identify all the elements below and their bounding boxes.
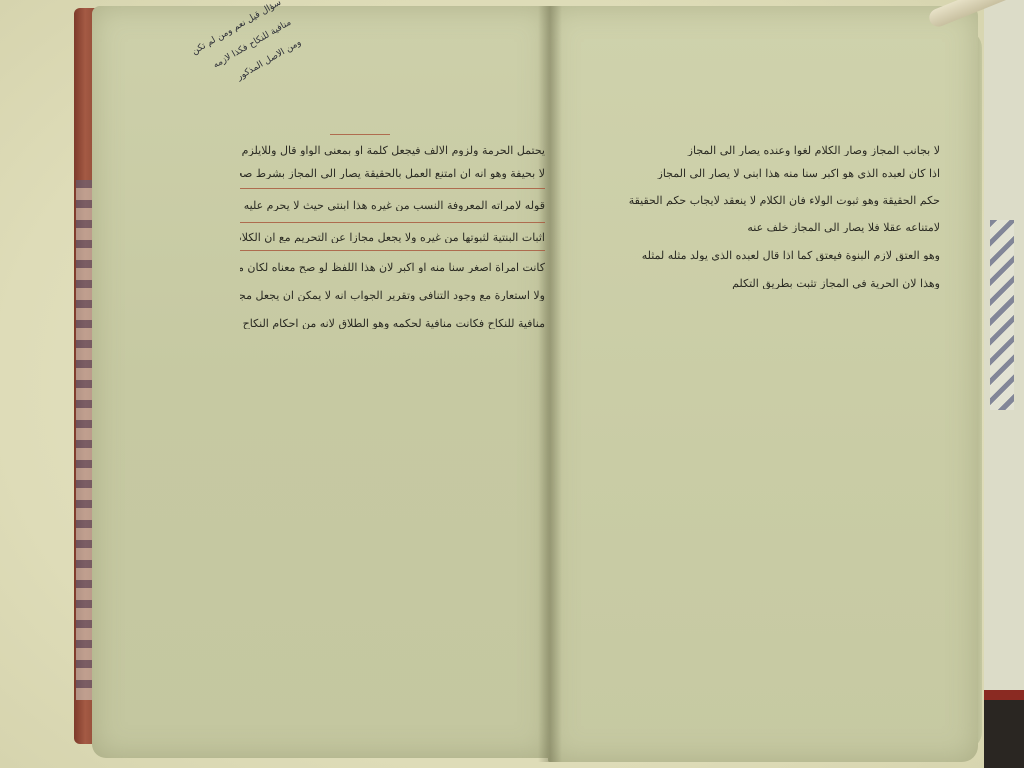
main-line: منافية للنكاح فكانت منافية لحكمه وهو الط…	[240, 318, 545, 329]
main-line: وهو العتق لازم البنوة فيعتق كما اذا قال …	[560, 250, 940, 261]
gutter	[538, 6, 562, 762]
main-line: حكم الحقيقة وهو ثبوت الولاء فان الكلام ل…	[560, 195, 940, 206]
left-page	[92, 6, 550, 758]
right-page	[548, 6, 978, 762]
rubric-rule	[240, 222, 545, 223]
main-line: وهذا لان الحرية في المجاز تثبت بطريق الت…	[560, 278, 940, 289]
main-line: ولا استعارة مع وجود التنافي وتقرير الجوا…	[240, 290, 545, 301]
rubric-rule	[330, 134, 390, 135]
rubric-rule	[240, 188, 545, 189]
main-line: يحتمل الحرمة ولزوم الالف فيجعل كلمة او ب…	[240, 145, 545, 156]
main-line: لامتناعه عقلا فلا يصار الى المجاز خلف عن…	[560, 222, 940, 233]
main-line: لا بحيفة وهو انه ان امتنع العمل بالحقيقة…	[240, 168, 545, 179]
main-line: اثبات البنتية لثبوتها من غيره ولا يجعل م…	[240, 232, 545, 243]
rubric-rule	[240, 250, 545, 251]
main-line: لا بجانب المجاز وصار الكلام لغوا وعنده ي…	[560, 145, 940, 156]
manuscript-photo: يحتمل الحرمة ولزوم الالف فيجعل كلمة او ب…	[0, 0, 1024, 768]
dark-corner	[984, 700, 1024, 768]
right-endpaper-pattern	[990, 220, 1014, 410]
main-line: كانت امراة اصغر سنا منه او اكبر لان هذا …	[240, 262, 545, 273]
main-line: قوله لامراته المعروفة النسب من غيره هذا …	[240, 200, 545, 211]
main-line: اذا كان لعبده الذي هو اكبر سنا منه هذا ا…	[560, 168, 940, 179]
